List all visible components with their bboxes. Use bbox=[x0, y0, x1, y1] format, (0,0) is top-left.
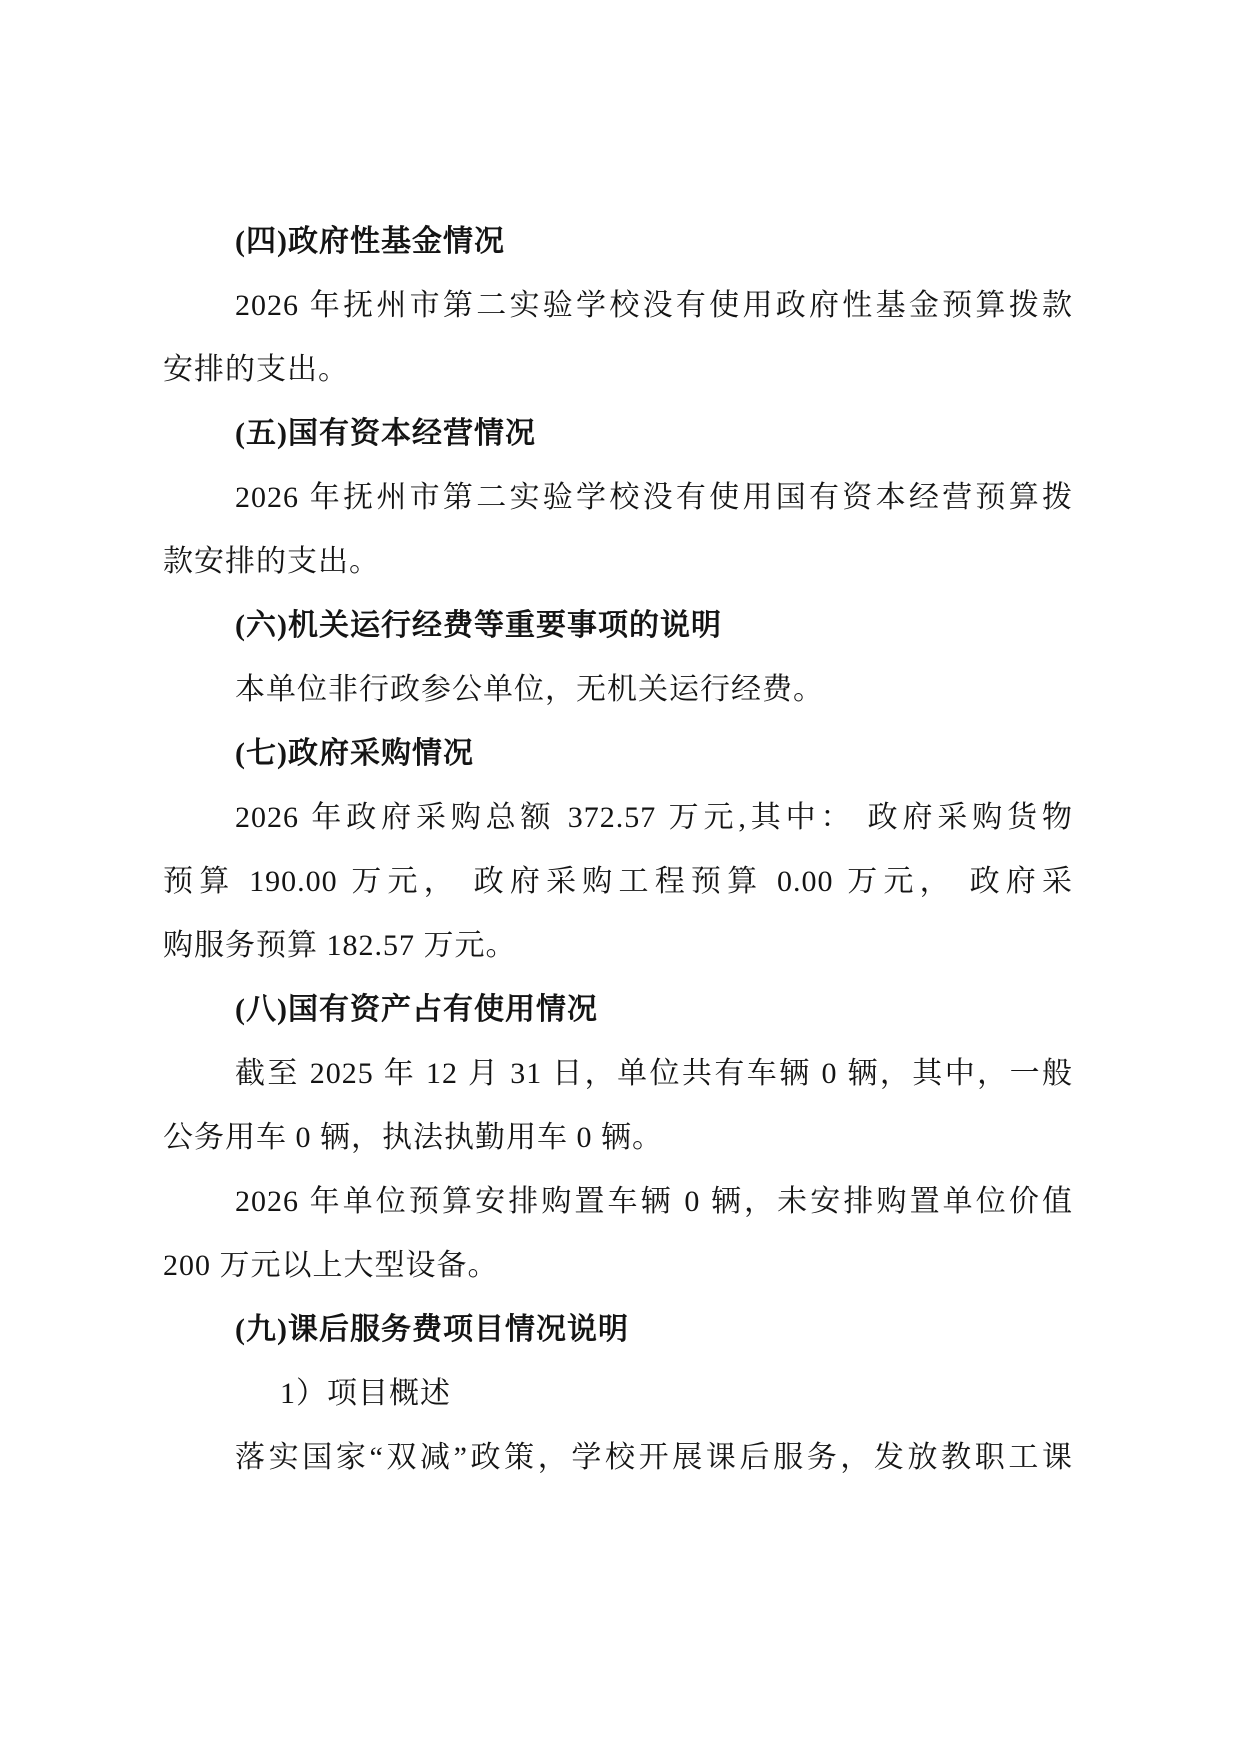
paragraph-line: 截至 2025 年 12 月 31 日，单位共有车辆 0 辆，其中，一般 bbox=[163, 1042, 1073, 1106]
paragraph-line: 款安排的支出。 bbox=[163, 530, 1073, 594]
section-heading: (八)国有资产占有使用情况 bbox=[163, 978, 1073, 1042]
paragraph-line: 200 万元以上大型设备。 bbox=[163, 1234, 1073, 1298]
section-heading: (七)政府采购情况 bbox=[163, 722, 1073, 786]
paragraph-line: 2026 年政府采购总额 372.57 万元,其中： 政府采购货物 bbox=[163, 786, 1073, 850]
paragraph-line: 预算 190.00 万元， 政府采购工程预算 0.00 万元， 政府采 bbox=[163, 850, 1073, 914]
paragraph-line: 公务用车 0 辆，执法执勤用车 0 辆。 bbox=[163, 1106, 1073, 1170]
paragraph-line: 购服务预算 182.57 万元。 bbox=[163, 914, 1073, 978]
paragraph-line: 2026 年抚州市第二实验学校没有使用国有资本经营预算拨 bbox=[163, 466, 1073, 530]
paragraph-line: 落实国家“双减”政策，学校开展课后服务，发放教职工课 bbox=[163, 1426, 1073, 1490]
paragraph-line: 2026 年抚州市第二实验学校没有使用政府性基金预算拨款 bbox=[163, 274, 1073, 338]
section-heading: (六)机关运行经费等重要事项的说明 bbox=[163, 594, 1073, 658]
paragraph-line: 1）项目概述 bbox=[163, 1362, 1073, 1426]
document-page: (四)政府性基金情况2026 年抚州市第二实验学校没有使用政府性基金预算拨款安排… bbox=[0, 0, 1241, 1755]
section-heading: (五)国有资本经营情况 bbox=[163, 402, 1073, 466]
paragraph-line: 2026 年单位预算安排购置车辆 0 辆，未安排购置单位价值 bbox=[163, 1170, 1073, 1234]
document-content: (四)政府性基金情况2026 年抚州市第二实验学校没有使用政府性基金预算拨款安排… bbox=[163, 210, 1073, 1490]
paragraph-line: 本单位非行政参公单位，无机关运行经费。 bbox=[163, 658, 1073, 722]
section-heading: (九)课后服务费项目情况说明 bbox=[163, 1298, 1073, 1362]
section-heading: (四)政府性基金情况 bbox=[163, 210, 1073, 274]
paragraph-line: 安排的支出。 bbox=[163, 338, 1073, 402]
